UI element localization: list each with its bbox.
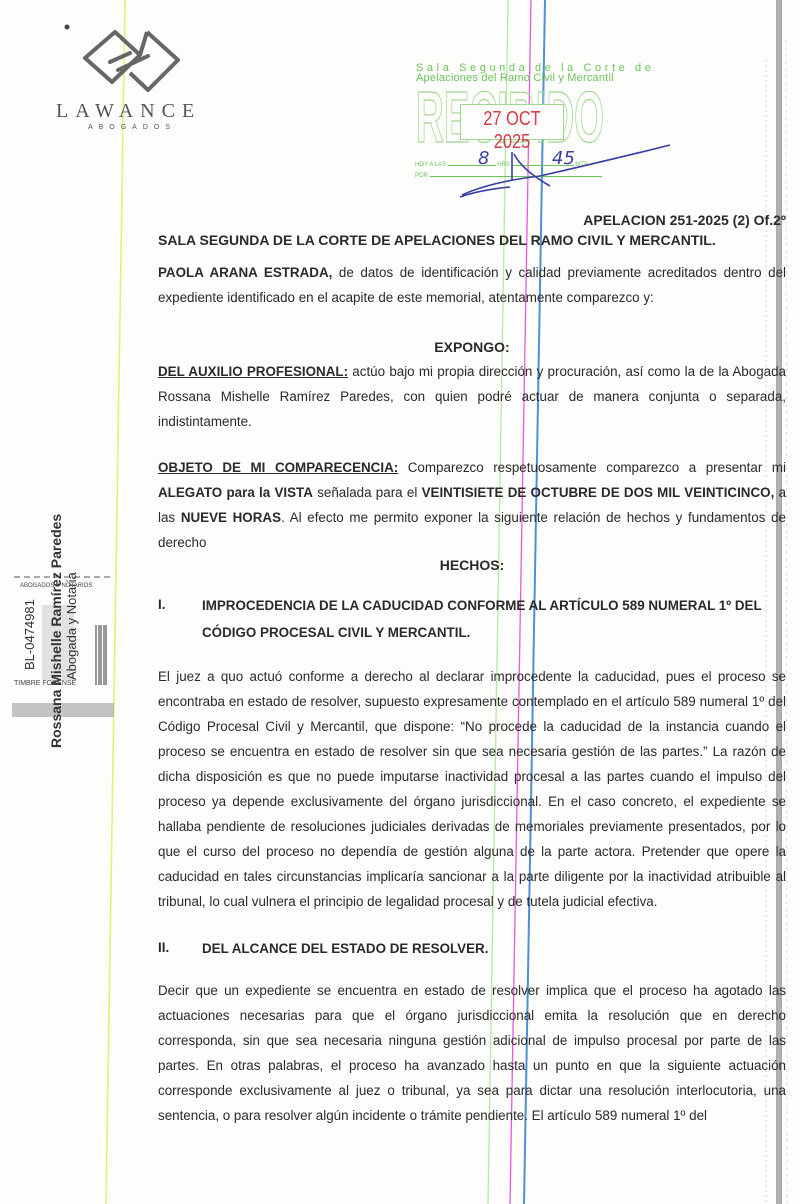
expongo-heading: EXPONGO: [158, 335, 786, 360]
firm-subtitle: ABOGADOS [72, 124, 192, 131]
auxilio-paragraph: DEL AUXILIO PROFESIONAL: actúo bajo mi p… [158, 359, 786, 434]
stamp-court-line2: Apelaciones del Ramo Civil y Mercantil [416, 72, 612, 84]
auxilio-label: DEL AUXILIO PROFESIONAL: [158, 364, 348, 379]
notary-stamp: BL-0474981 Rossana Mishelle Ramírez Pare… [0, 520, 130, 760]
por-label: POR [415, 173, 428, 179]
section-2-number: II. [158, 940, 169, 955]
hechos-heading: HECHOS: [158, 553, 786, 578]
stamp-number: BL-0474981 [22, 599, 37, 670]
signature-scribble-icon [450, 140, 670, 200]
firm-name: LAWANCE [56, 100, 196, 123]
hoy-label: HOY A LAS [415, 162, 446, 168]
intro-paragraph: PAOLA ARANA ESTRADA, de datos de identif… [158, 260, 786, 310]
court-heading: SALA SEGUNDA DE LA CORTE DE APELACIONES … [158, 232, 716, 248]
section-1-body: El juez a quo actuó conforme a derecho a… [158, 664, 786, 914]
section-2-body: Decir que un expediente se encuentra en … [158, 978, 786, 1128]
notary-signature-name: Rossana Mishelle Ramírez Paredes [48, 514, 64, 748]
section-2-title: DEL ALCANCE DEL ESTADO DE RESOLVER. [202, 935, 786, 962]
section-1-number: I. [158, 597, 165, 612]
case-number: APELACION 251-2025 (2) Of.2º [583, 212, 786, 228]
section-1-title: IMPROCEDENCIA DE LA CADUCIDAD CONFORME A… [202, 592, 786, 646]
petitioner-name: PAOLA ARANA ESTRADA, [158, 265, 332, 280]
stamp-header: ABOGADOS Y NOTARIOS [20, 583, 92, 589]
objeto-paragraph: OBJETO DE MI COMPARECENCIA: Comparezco r… [158, 455, 786, 555]
objeto-label: OBJETO DE MI COMPARECENCIA: [158, 460, 398, 475]
stamp-footer: TIMBRE FORENSE [14, 680, 76, 687]
